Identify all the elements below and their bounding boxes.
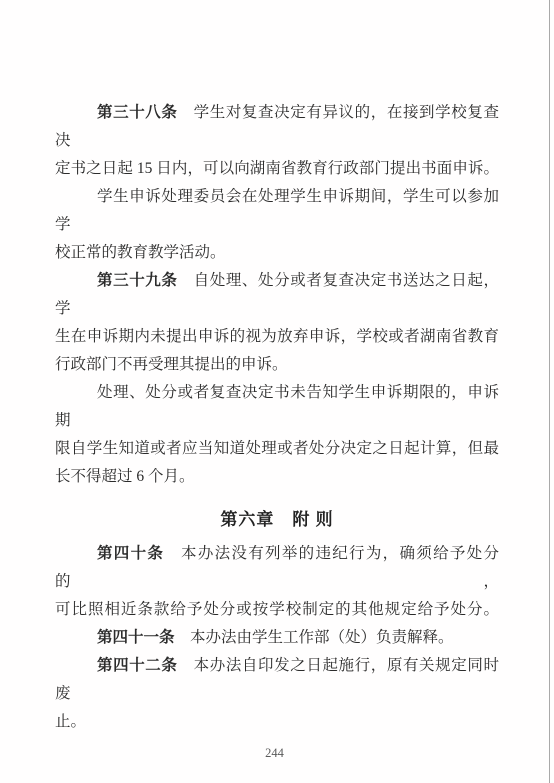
doc-line: 可比照相近条款给予处分或按学校制定的其他规定给予处分。 bbox=[55, 596, 499, 624]
doc-line: 限自学生知道或者应当知道处理或者处分决定之日起计算，但最 bbox=[55, 435, 499, 463]
line-text: 生在申诉期内未提出申诉的视为放弃申诉，学校或者湖南省教育 bbox=[55, 328, 499, 345]
doc-line: 生在申诉期内未提出申诉的视为放弃申诉，学校或者湖南省教育 bbox=[55, 323, 499, 351]
doc-line: 第三十九条 自处理、处分或者复查决定书送达之日起，学 bbox=[55, 267, 499, 323]
doc-line: 校正常的教育教学活动。 bbox=[55, 239, 499, 267]
article-number: 第三十八条 bbox=[97, 104, 178, 121]
article-number: 第四十二条 bbox=[97, 657, 178, 674]
doc-line: 定书之日起 15 日内，可以向湖南省教育行政部门提出书面申诉。 bbox=[55, 155, 499, 183]
line-text: 校正常的教育教学活动。 bbox=[55, 244, 226, 261]
page-number: 244 bbox=[0, 746, 549, 761]
line-text: 限自学生知道或者应当知道处理或者处分决定之日起计算，但最 bbox=[55, 440, 499, 457]
doc-line: 第四十一条 本办法由学生工作部（处）负责解释。 bbox=[55, 624, 499, 652]
doc-line: 长不得超过 6 个月。 bbox=[55, 463, 499, 491]
chapter-heading: 第六章 附 则 bbox=[55, 506, 499, 534]
doc-line: 第四十二条 本办法自印发之日起施行，原有关规定同时废 bbox=[55, 652, 499, 708]
line-text: 行政部门不再受理其提出的申诉。 bbox=[55, 356, 288, 373]
line-text: 定书之日起 15 日内，可以向湖南省教育行政部门提出书面申诉。 bbox=[55, 160, 499, 177]
line-text: 长不得超过 6 个月。 bbox=[55, 468, 195, 485]
page-edge-line bbox=[549, 0, 550, 783]
document-body: 第三十八条 学生对复查决定有异议的，在接到学校复查决 定书之日起 15 日内，可… bbox=[55, 99, 499, 736]
line-text: 止。 bbox=[55, 713, 86, 730]
doc-line: 学生申诉处理委员会在处理学生申诉期间，学生可以参加学 bbox=[55, 183, 499, 239]
doc-line: 第四十条 本办法没有列举的违纪行为，确须给予处分的， bbox=[55, 540, 499, 596]
doc-line: 行政部门不再受理其提出的申诉。 bbox=[55, 351, 499, 379]
article-number: 第四十一条 bbox=[97, 629, 175, 646]
line-text: 可比照相近条款给予处分或按学校制定的其他规定给予处分。 bbox=[55, 601, 499, 618]
article-number: 第三十九条 bbox=[97, 272, 178, 289]
doc-line: 处理、处分或者复查决定书未告知学生申诉期限的，申诉期 bbox=[55, 379, 499, 435]
line-text: 处理、处分或者复查决定书未告知学生申诉期限的，申诉期 bbox=[55, 384, 499, 429]
line-text: 本办法由学生工作部（处）负责解释。 bbox=[175, 629, 454, 646]
doc-line: 第三十八条 学生对复查决定有异议的，在接到学校复查决 bbox=[55, 99, 499, 155]
doc-line: 止。 bbox=[55, 708, 499, 736]
line-text: 学生申诉处理委员会在处理学生申诉期间，学生可以参加学 bbox=[55, 188, 499, 233]
document-page: 第三十八条 学生对复查决定有异议的，在接到学校复查决 定书之日起 15 日内，可… bbox=[0, 0, 554, 783]
article-number: 第四十条 bbox=[97, 545, 164, 562]
